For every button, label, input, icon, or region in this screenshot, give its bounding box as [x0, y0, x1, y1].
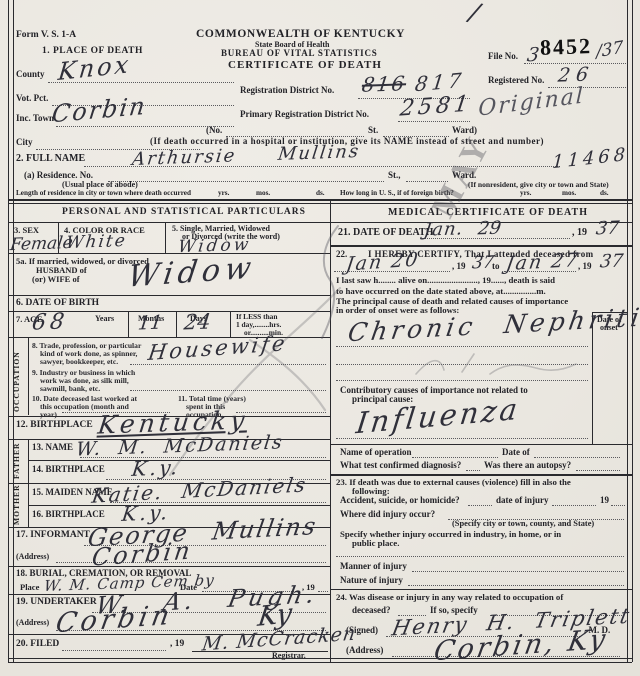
file-no-handwritten-post: /37 — [596, 40, 623, 62]
occ9-line — [130, 390, 326, 391]
operation-line — [412, 457, 498, 458]
residence-line — [108, 181, 384, 182]
howlong-ds: ds. — [600, 190, 609, 198]
certify-y1: 37 — [471, 255, 495, 273]
column-divider — [330, 199, 331, 662]
operation-date-label: Date of — [502, 448, 530, 457]
stray-ink-mark: / — [467, 0, 482, 27]
city-label: City — [16, 138, 33, 147]
birthplace-label: 12. BIRTHPLACE — [16, 421, 93, 431]
age-years-value: 68 — [31, 311, 70, 334]
filed-label: 20. FILED — [16, 640, 59, 650]
rule-under-test — [330, 474, 632, 476]
q24-label-1: 24. Was disease or injury in any way rel… — [336, 593, 563, 602]
occ9-label-3: sawmill, bank, etc. — [40, 384, 100, 393]
father-bp-value: K.y. — [131, 457, 182, 479]
where-label: Where did injury occur? — [340, 510, 435, 519]
primary-district-line — [398, 121, 470, 122]
original-annotation: Original — [478, 85, 585, 120]
registrar-label: Registrar. — [272, 652, 306, 660]
informant-label: 17. INFORMANT — [16, 531, 90, 541]
certify-y1-prefix: , 19 — [452, 262, 466, 271]
informant-addr-label: (Address) — [16, 553, 49, 561]
cell-divider-race-marital — [165, 222, 166, 253]
test-label: What test confirmed diagnosis? — [340, 461, 461, 470]
operation-label: Name of operation — [340, 448, 412, 457]
certify-from-value: Jan 20 — [345, 250, 421, 274]
length-yrs: yrs. — [218, 190, 229, 198]
cell-divider-days-less — [230, 311, 231, 337]
dod-label: 21. DATE OF DEATH — [338, 228, 433, 239]
father-side-divider — [28, 439, 29, 483]
section-divider-rule-b — [8, 203, 632, 204]
manner-label: Manner of injury — [340, 562, 407, 571]
certify-no: 22. — [336, 250, 347, 259]
occ10-label-3: year) — [40, 410, 57, 419]
inc-town-value: Corbin — [51, 94, 148, 127]
dod-year-prefix: , 19 — [572, 228, 587, 239]
paren-no-line — [226, 136, 364, 137]
full-name-code: 11468 — [552, 146, 630, 172]
primary-district-label: Primary Registration District No. — [240, 110, 369, 119]
undertaker-addr-label: (Address) — [16, 619, 49, 627]
form-border-left-outer — [8, 0, 9, 662]
reg-district-new: 817 — [414, 70, 466, 95]
certify-to-value: Jan 27 — [505, 251, 581, 274]
mother-bp-label: 16. BIRTHPLACE — [32, 510, 105, 519]
file-no-stamp: 8452 — [540, 33, 593, 61]
spouse-label-3: (or) WIFE of — [32, 275, 80, 284]
death-certificate-scan: / Form V. S. 1-A COMMONWEALTH OF KENTUCK… — [0, 0, 640, 676]
occupation-side-label: OCCUPATION — [12, 344, 21, 412]
rule-mother-mid — [28, 505, 330, 506]
injury-date-line — [552, 505, 596, 506]
county-label: County — [16, 70, 45, 79]
spouse-value: Widow — [126, 253, 258, 292]
file-no-handwritten-pre: 3 — [526, 46, 540, 66]
personal-title: PERSONAL AND STATISTICAL PARTICULARS — [62, 208, 306, 218]
cell-divider-years-months — [128, 311, 129, 337]
q24-label-2: deceased? — [352, 606, 391, 615]
race-value: White — [65, 233, 128, 252]
medical-title: MEDICAL CERTIFICATE OF DEATH — [388, 208, 588, 219]
vot-pct-label: Vot. Pct. — [16, 94, 48, 103]
pencil-scrawl — [410, 348, 580, 382]
accident-line — [468, 505, 492, 506]
title-certificate: CERTIFICATE OF DEATH — [228, 60, 382, 72]
filed-year-label: , 19 — [170, 640, 184, 650]
primary-district-value: 2581 — [399, 93, 474, 120]
rule-under-23 — [330, 589, 632, 590]
certify-line-3: to have occurred on the date stated abov… — [336, 287, 546, 296]
nature-line — [408, 585, 624, 586]
registrar-signature: M. McCracken — [201, 625, 358, 655]
informant-addr-value: Corbin — [90, 538, 194, 569]
paren-st-label: St. — [368, 126, 378, 135]
rule-under-row5a — [8, 295, 330, 296]
paren-no-label: (No. — [206, 126, 222, 135]
specify-label-2: public place. — [352, 539, 399, 548]
full-name-label: 2. FULL NAME — [16, 154, 85, 165]
howlong-mos: mos. — [562, 190, 576, 198]
reg-district-old: 816 — [361, 73, 408, 95]
cell-divider-months-days — [176, 311, 177, 337]
certify-line-2: I last saw h........ alive on...........… — [336, 276, 555, 285]
filed-line — [62, 650, 166, 651]
certify-y2-prefix: , 19 — [578, 262, 592, 271]
where-note: (Specify city or town, county, and State… — [452, 520, 594, 529]
address-label: (Address) — [346, 646, 383, 655]
inc-town-label: Inc. Town — [16, 114, 54, 123]
injury-yr-label: 19 — [600, 496, 609, 505]
county-value: Knox — [57, 52, 133, 84]
howlong-yrs: yrs. — [520, 190, 531, 198]
age-years-label: Years — [95, 315, 114, 323]
certify-y2: 37 — [599, 253, 624, 272]
mother-side-label: MOTHER — [12, 489, 21, 525]
dod-day: 29 — [477, 220, 502, 239]
occ8-label-3: sawyer, bookkeeper, etc. — [40, 357, 118, 366]
injury-yr-line — [611, 505, 625, 506]
form-border-left-inner — [13, 0, 14, 662]
length-mos: mos. — [256, 190, 270, 198]
undertaker-addr-value-1: Corbin — [54, 602, 176, 638]
reg-district-label: Registration District No. — [240, 86, 334, 95]
form-border-bottom-b — [8, 662, 632, 663]
dod-year: 37 — [595, 220, 620, 239]
rule-under-contrib — [330, 444, 632, 445]
form-number: Form V. S. 1-A — [16, 31, 76, 41]
title-commonwealth: COMMONWEALTH OF KENTUCKY — [196, 28, 405, 40]
rule-under-21 — [330, 245, 632, 247]
autopsy-line — [576, 470, 620, 471]
nonresident-note: (If nonresident, give city or town and S… — [468, 181, 609, 189]
inc-town-line — [56, 126, 234, 127]
father-side-label: FATHER — [12, 445, 21, 479]
file-no-label: File No. — [488, 52, 518, 61]
father-bp-label: 14. BIRTHPLACE — [32, 465, 105, 474]
residence-st-label: St., — [388, 171, 401, 180]
operation-date-line — [534, 457, 620, 458]
cause-line-1 — [336, 346, 588, 347]
age-days-value: 24 — [183, 311, 212, 333]
father-name-label: 13. NAME — [32, 443, 73, 452]
occupation-side-divider — [28, 337, 29, 415]
length-residence-note: Length of residence in city or town wher… — [16, 190, 191, 198]
nature-label: Nature of injury — [340, 576, 403, 585]
rule-under-personal-title — [8, 222, 330, 223]
manner-line — [412, 571, 624, 572]
test-line — [466, 470, 480, 471]
injury-date-label: date of injury — [496, 496, 549, 505]
specify-line — [336, 556, 624, 557]
dob-label: 6. DATE OF BIRTH — [16, 299, 99, 309]
occ11-line — [236, 412, 326, 413]
occ8-line — [130, 364, 326, 365]
age-months-value: 11 — [137, 314, 164, 334]
dod-month: Jan. — [423, 220, 464, 239]
length-ds: ds. — [316, 190, 325, 198]
paren-st-line — [383, 136, 449, 137]
cause-line-2 — [336, 364, 588, 365]
section-divider-rule — [8, 199, 632, 201]
registered-no-label: Registered No. — [488, 76, 544, 85]
autopsy-label: Was there an autopsy? — [484, 461, 571, 470]
registered-no-value: 26 — [557, 65, 596, 85]
burial-year-line — [318, 591, 328, 592]
burial-place-label: Place — [20, 583, 39, 592]
cause-line-3 — [336, 380, 588, 381]
title-bureau: BUREAU OF VITAL STATISTICS — [221, 49, 378, 58]
accident-label: Accident, suicide, or homicide? — [340, 496, 460, 505]
where-line — [448, 519, 624, 520]
